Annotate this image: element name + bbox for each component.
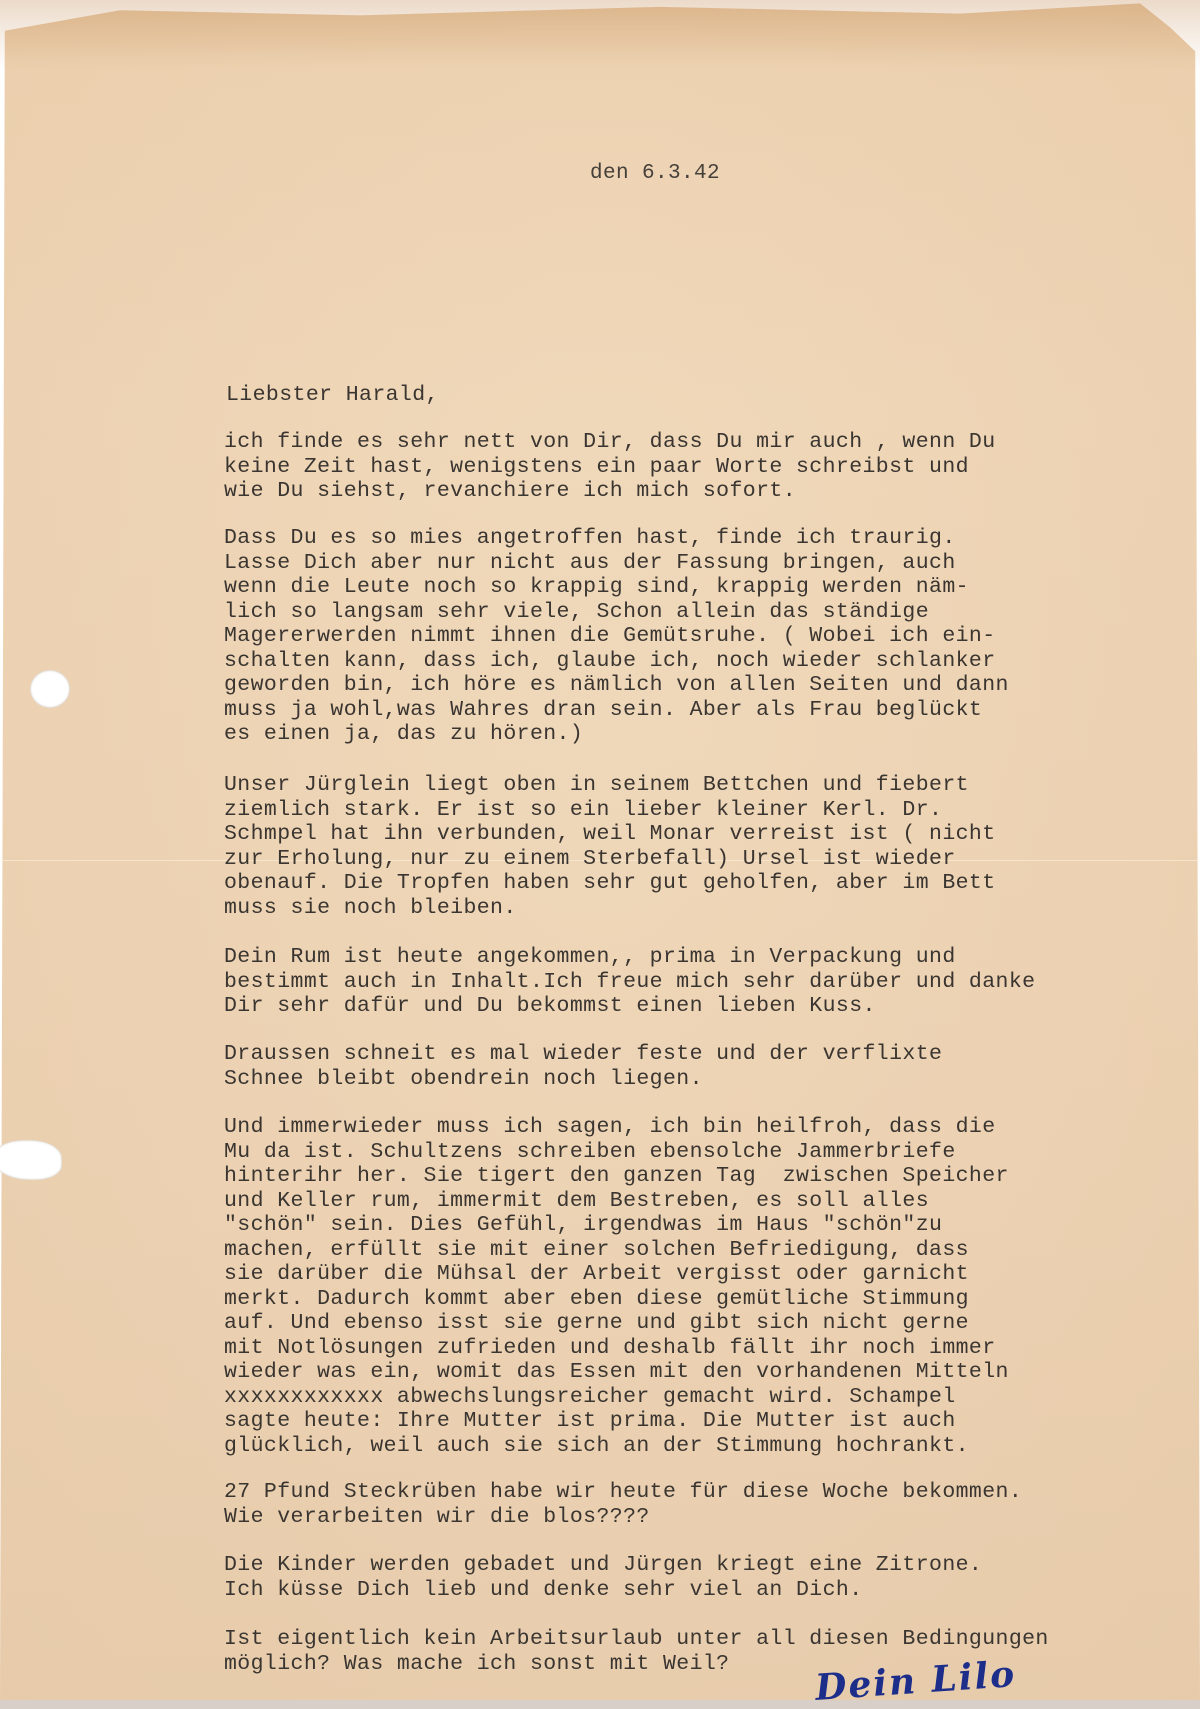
paragraph: Die Kinder werden gebadet und Jürgen kri… bbox=[224, 1553, 982, 1602]
salutation: Liebster Harald, bbox=[226, 383, 439, 407]
paragraph: ich finde es sehr nett von Dir, dass Du … bbox=[224, 430, 996, 504]
paragraph: Unser Jürglein liegt oben in seinem Bett… bbox=[224, 773, 996, 920]
paragraph: 27 Pfund Steckrüben habe wir heute für d… bbox=[224, 1480, 1022, 1529]
paragraph: Dein Rum ist heute angekommen,, prima in… bbox=[224, 945, 1035, 1019]
paragraph: Dass Du es so mies angetroffen hast, fin… bbox=[224, 526, 1009, 747]
paragraph: Draussen schneit es mal wieder feste und… bbox=[224, 1042, 942, 1091]
letter-date: den 6.3.42 bbox=[590, 162, 720, 185]
letter-body: den 6.3.42 Liebster Harald, ich finde es… bbox=[0, 0, 1200, 1709]
paragraph: Und immerwieder muss ich sagen, ich bin … bbox=[224, 1115, 1009, 1458]
